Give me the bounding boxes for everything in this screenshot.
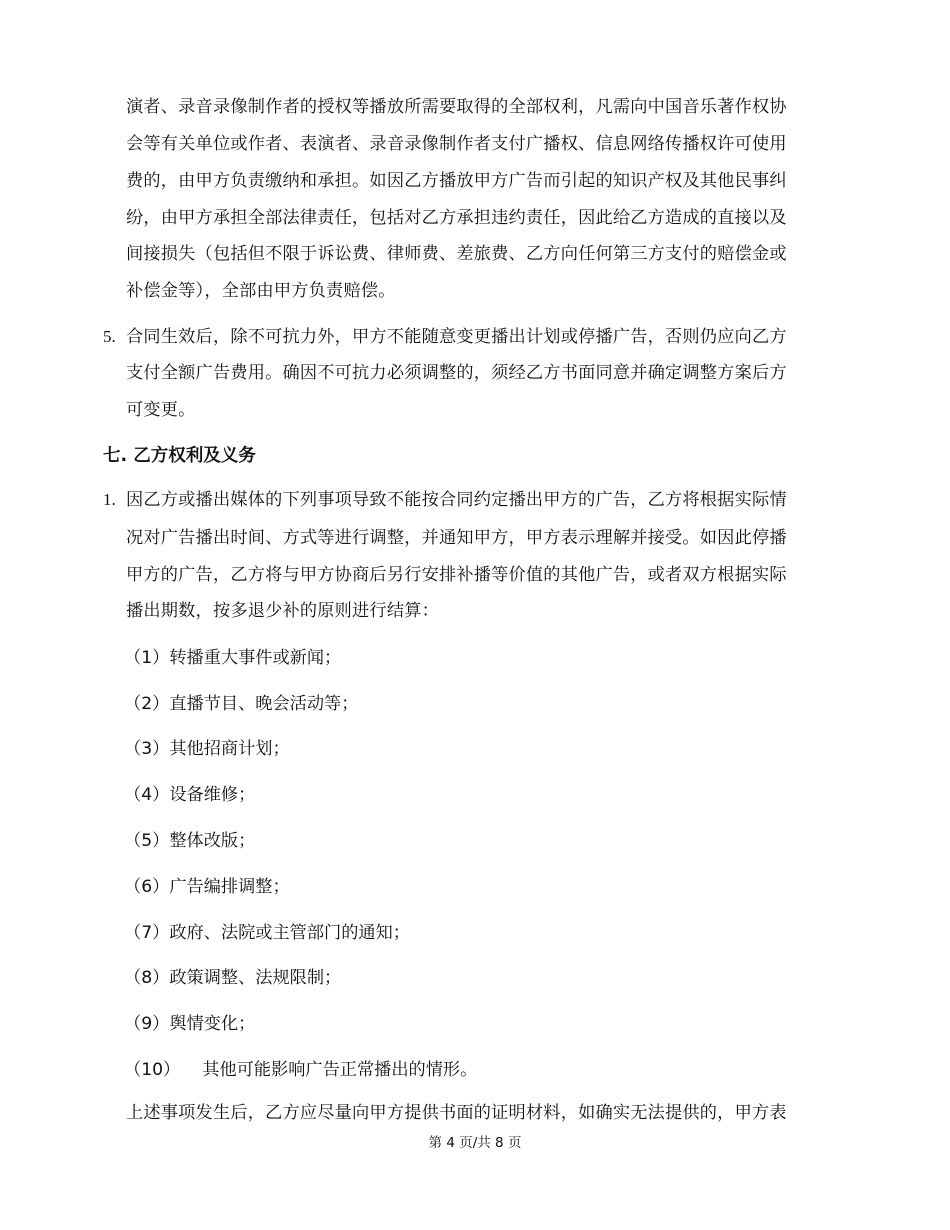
paragraph-line: 甲方的广告，乙方将与甲方协商后另行安排补播等价值的其他广告，或者双方根据实际 xyxy=(126,564,787,586)
subitem-tag: （5） xyxy=(124,830,169,852)
subitem-text: 政府、法院或主管部门的通知； xyxy=(169,923,410,943)
subitem: （10）其他可能影响广告正常播出的情形。 xyxy=(124,1059,477,1081)
paragraph-line: 演者、录音录像制作者的授权等播放所需要取得的全部权利，凡需向中国音乐著作权协 xyxy=(126,96,787,118)
subitem-tag: （10） xyxy=(124,1059,180,1081)
subitem-text: 舆情变化； xyxy=(169,1014,255,1034)
paragraph-line: 补偿金等），全部由甲方负责赔偿。 xyxy=(126,280,396,302)
paragraph-line: 间接损失（包括但不限于诉讼费、律师费、差旅费、乙方向任何第三方支付的赔偿金或 xyxy=(126,243,787,265)
list-number: 1. xyxy=(103,489,116,511)
subitem: （3）其他招商计划； xyxy=(124,738,290,760)
subitem-text: 设备维修； xyxy=(169,785,255,805)
subitem-text: 政策调整、法规限制； xyxy=(169,968,341,988)
subitem: （4）设备维修； xyxy=(124,784,255,806)
subitem-tag: （4） xyxy=(124,784,169,806)
subitem: （7）政府、法院或主管部门的通知； xyxy=(124,922,410,944)
document-page: 演者、录音录像制作者的授权等播放所需要取得的全部权利，凡需向中国音乐著作权协 会… xyxy=(0,0,950,1230)
section-heading: 七. 乙方权利及义务 xyxy=(103,445,256,467)
subitem-tag: （9） xyxy=(124,1013,169,1035)
paragraph-line: 合同生效后，除不可抗力外，甲方不能随意变更播出计划或停播广告，否则仍应向乙方 xyxy=(126,326,787,348)
subitem-tag: （2） xyxy=(124,693,169,715)
subitem-tag: （6） xyxy=(124,876,169,898)
paragraph-line: 支付全额广告费用。确因不可抗力必须调整的，须经乙方书面同意并确定调整方案后方 xyxy=(126,362,787,384)
paragraph-line: 可变更。 xyxy=(126,399,196,421)
paragraph-line: 播出期数，按多退少补的原则进行结算： xyxy=(126,600,439,622)
paragraph-line: 会等有关单位或作者、表演者、录音录像制作者支付广播权、信息网络传播权许可使用 xyxy=(126,133,787,155)
subitem-text: 其他可能影响广告正常播出的情形。 xyxy=(202,1060,477,1080)
subitem-tag: （7） xyxy=(124,922,169,944)
subitem: （5）整体改版； xyxy=(124,830,255,852)
subitem: （9）舆情变化； xyxy=(124,1013,255,1035)
paragraph-line: 况对广告播出时间、方式等进行调整，并通知甲方，甲方表示理解并接受。如因此停播 xyxy=(126,527,787,549)
subitem-tag: （3） xyxy=(124,738,169,760)
list-number: 5. xyxy=(103,326,116,348)
page-footer: 第 4 页/共 8 页 xyxy=(0,1134,950,1152)
subitem-text: 广告编排调整； xyxy=(169,877,289,897)
paragraph-line: 上述事项发生后，乙方应尽量向甲方提供书面的证明材料，如确实无法提供的，甲方表 xyxy=(126,1102,787,1124)
subitem-text: 直播节目、晚会活动等； xyxy=(169,694,358,714)
subitem: （8）政策调整、法规限制； xyxy=(124,967,341,989)
paragraph-line: 纷，由甲方承担全部法律责任，包括对乙方承担违约责任，因此给乙方造成的直接以及 xyxy=(126,207,787,229)
subitem-tag: （8） xyxy=(124,967,169,989)
subitem-text: 整体改版； xyxy=(169,831,255,851)
subitem: （1）转播重大事件或新闻； xyxy=(124,647,341,669)
subitem: （6）广告编排调整； xyxy=(124,876,290,898)
subitem-text: 其他招商计划； xyxy=(169,739,289,759)
subitem-text: 转播重大事件或新闻； xyxy=(169,648,341,668)
paragraph-line: 因乙方或播出媒体的下列事项导致不能按合同约定播出甲方的广告，乙方将根据实际情 xyxy=(126,489,787,511)
paragraph-line: 费的，由甲方负责缴纳和承担。如因乙方播放甲方广告而引起的知识产权及其他民事纠 xyxy=(126,170,787,192)
subitem-tag: （1） xyxy=(124,647,169,669)
subitem: （2）直播节目、晚会活动等； xyxy=(124,693,358,715)
